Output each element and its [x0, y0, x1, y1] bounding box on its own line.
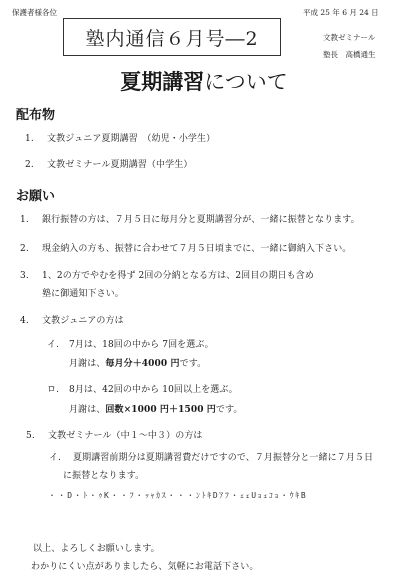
closing-line-2: わかりにくい点がありましたら、気軽にお電話下さい。 [31, 559, 259, 572]
request-item-3: 3.1、2の方でやむを得ず 2回の分納となる方は、2回目の期日も含め [20, 268, 314, 281]
item-text: 文教ジュニア夏期講習 （幼児・小学生） [47, 134, 215, 144]
item-text: 文教ゼミナール（中１～中３）の方は [48, 431, 203, 441]
item-text: 現金納入の方も、振替に合わせて７月５日頃までに、一緒に御納入下さい。 [42, 244, 351, 254]
sub-item-i-fee: 月謝は、毎月分＋4000 円です。 [69, 356, 206, 369]
item-number: 4. [20, 316, 42, 326]
item-text: 文教ジュニアの方は [42, 316, 124, 326]
sub-text: 夏期講習前期分は夏期講習費だけですので、７月振替分と一緒に７月５日 [73, 453, 373, 463]
closing-line-1: 以上、よろしくお願いします。 [33, 541, 160, 554]
subject-regular: について [204, 70, 288, 94]
subject-title: 夏期講習について [0, 66, 408, 96]
fee-suffix: です。 [216, 405, 243, 415]
sub-item-ro-fee: 月謝は、回数×1000 円＋1500 円です。 [69, 402, 243, 415]
distribution-heading: 配布物 [16, 104, 55, 123]
fee-prefix: 月謝は、 [69, 405, 105, 415]
distribution-item: 2.文教ゼミナール夏期講習（中学生） [25, 157, 192, 170]
sub-text: 8月は、42回の中から 10回以上を選ぶ。 [69, 385, 238, 395]
sub-marker: ロ. [47, 382, 69, 395]
item-number: 5. [26, 431, 48, 441]
sub-marker: イ. [49, 450, 73, 463]
request-item-3-continuation: 塾に御通知下さい。 [42, 286, 124, 299]
sub-item-i: イ.7月は、18回の中から 7回を選ぶ。 [47, 337, 214, 350]
requests-heading: お願い [16, 185, 55, 204]
item-text: 1、2の方でやむを得ず 2回の分納となる方は、2回目の期日も含め [42, 271, 314, 281]
item-number: 2. [25, 160, 47, 170]
fee-amount: 回数×1000 円＋1500 円 [105, 405, 216, 415]
subject-bold: 夏期講習 [120, 69, 204, 94]
addressee: 保護者様各位 [12, 7, 57, 18]
item-text: 文教ゼミナール夏期講習（中学生） [47, 160, 192, 170]
sub-item-5-i: イ.夏期講習前期分は夏期講習費だけですので、７月振替分と一緒に７月５日 [49, 450, 373, 463]
fee-amount: 毎月分＋4000 円 [105, 359, 179, 369]
sub-item-ro: ロ.8月は、42回の中から 10回以上を選ぶ。 [47, 382, 238, 395]
newsletter-title-box: 塾内通信６月号―2 [63, 18, 281, 56]
fee-prefix: 月謝は、 [69, 359, 105, 369]
sub-text: 7月は、18回の中から 7回を選ぶ。 [69, 340, 214, 350]
item-number: 2. [20, 244, 42, 254]
item-text: 銀行振替の方は、７月５日に毎月分と夏期講習分が、一緒に振替となります。 [42, 215, 360, 225]
request-item-2: 2.現金納入の方も、振替に合わせて７月５日頃までに、一緒に御納入下さい。 [20, 241, 351, 254]
fee-suffix: です。 [180, 359, 207, 369]
request-item-4: 4.文教ジュニアの方は [20, 313, 124, 326]
distribution-item: 1.文教ジュニア夏期講習 （幼児・小学生） [25, 131, 215, 144]
item-number: 3. [20, 271, 42, 281]
organization-name: 文教ゼミナール [323, 32, 375, 43]
item-number: 1. [20, 215, 42, 225]
director-name: 塾長 高橋通生 [323, 49, 376, 60]
request-item-5: 5.文教ゼミナール（中１～中３）の方は [26, 428, 203, 441]
item-number: 1. [25, 134, 47, 144]
garbled-text-line: ・・D・ﾄ・ｩK・・ﾌ・ｯｬｶｽ・・・ﾝﾄｷDｱﾌ・ｪｪUｮｪｺｮ・ｳｷB [48, 490, 307, 501]
newsletter-title: 塾内通信６月号―2 [85, 24, 258, 51]
request-item-1: 1.銀行振替の方は、７月５日に毎月分と夏期講習分が、一緒に振替となります。 [20, 212, 360, 225]
sub-item-5-i-continuation: に振替となります。 [63, 468, 144, 481]
date: 平成 25 年 6 月 24 日 [303, 7, 379, 18]
sub-marker: イ. [47, 337, 69, 350]
